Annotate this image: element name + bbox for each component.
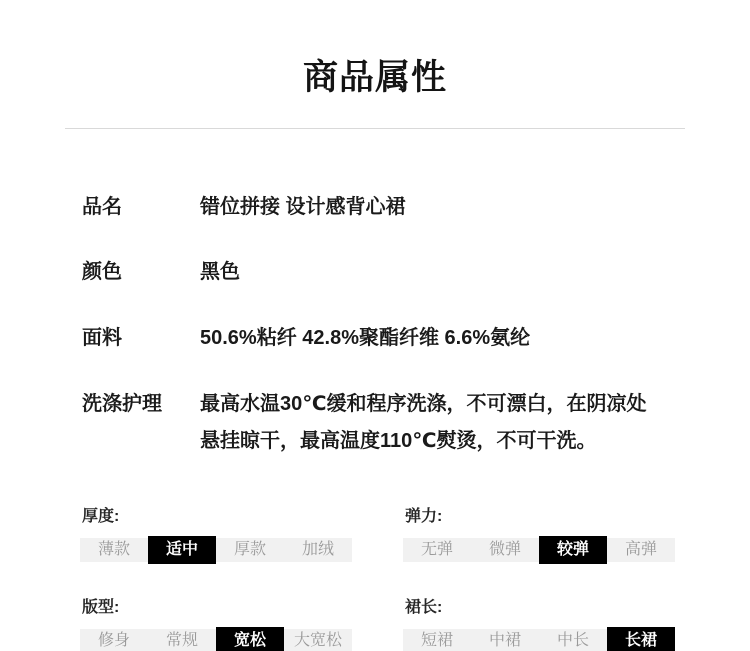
attribute-row-fabric: 面料 50.6%粘纤 42.8%聚酯纤维 6.6%氨纶 [82, 326, 688, 350]
option-chip[interactable]: 薄款 [80, 538, 148, 562]
selector-group-fit: 版型: 修身 常规 宽松 大宽松 [80, 598, 352, 651]
attribute-label: 洗涤护理 [82, 386, 200, 460]
option-chip[interactable]: 修身 [80, 629, 148, 651]
option-chip[interactable]: 常规 [148, 629, 216, 651]
care-line-1: 最高水温30℃缓和程序洗涤，不可漂白，在阴凉处 [200, 386, 688, 423]
option-chip[interactable]: 厚款 [216, 538, 284, 562]
option-chip[interactable]: 大宽松 [284, 629, 352, 651]
attribute-row-name: 品名 错位拼接 设计感背心裙 [82, 195, 688, 219]
attribute-value: 错位拼接 设计感背心裙 [200, 195, 688, 219]
selector-label: 版型: [82, 598, 352, 618]
selector-group-stretch: 弹力: 无弹 微弹 较弹 高弹 [403, 507, 675, 562]
attribute-value: 50.6%粘纤 42.8%聚酯纤维 6.6%氨纶 [200, 326, 688, 350]
divider [65, 128, 685, 129]
option-chip[interactable]: 加绒 [284, 538, 352, 562]
option-bar: 修身 常规 宽松 大宽松 [80, 629, 352, 651]
attribute-label: 品名 [82, 195, 200, 219]
option-chip[interactable]: 宽松 [216, 627, 284, 651]
option-chip[interactable]: 较弹 [539, 536, 607, 564]
selector-group-skirt-length: 裙长: 短裙 中裙 中长 长裙 [403, 598, 675, 651]
selector-label: 弹力: [405, 507, 675, 527]
care-line-2: 悬挂晾干，最高温度110℃熨烫，不可干洗。 [200, 423, 688, 460]
product-attributes-panel: 商品属性 品名 错位拼接 设计感背心裙 颜色 黑色 面料 50.6%粘纤 42.… [0, 0, 750, 651]
option-chip[interactable]: 中裙 [471, 629, 539, 651]
attribute-label: 面料 [82, 326, 200, 350]
attribute-value: 黑色 [200, 260, 688, 284]
option-bar: 无弹 微弹 较弹 高弹 [403, 538, 675, 562]
option-chip[interactable]: 长裙 [607, 627, 675, 651]
attribute-row-color: 颜色 黑色 [82, 260, 688, 284]
attribute-row-care: 洗涤护理 最高水温30℃缓和程序洗涤，不可漂白，在阴凉处 悬挂晾干，最高温度11… [82, 386, 688, 460]
option-chip[interactable]: 微弹 [471, 538, 539, 562]
selector-label: 厚度: [82, 507, 352, 527]
selector-label: 裙长: [405, 598, 675, 618]
option-chip[interactable]: 短裙 [403, 629, 471, 651]
option-chip[interactable]: 适中 [148, 536, 216, 564]
option-bar: 薄款 适中 厚款 加绒 [80, 538, 352, 562]
attribute-label: 颜色 [82, 260, 200, 284]
option-chip[interactable]: 无弹 [403, 538, 471, 562]
page-title: 商品属性 [0, 57, 750, 99]
option-chip[interactable]: 中长 [539, 629, 607, 651]
option-bar: 短裙 中裙 中长 长裙 [403, 629, 675, 651]
option-chip[interactable]: 高弹 [607, 538, 675, 562]
selector-group-thickness: 厚度: 薄款 适中 厚款 加绒 [80, 507, 352, 562]
attribute-value: 最高水温30℃缓和程序洗涤，不可漂白，在阴凉处 悬挂晾干，最高温度110℃熨烫，… [200, 386, 688, 460]
